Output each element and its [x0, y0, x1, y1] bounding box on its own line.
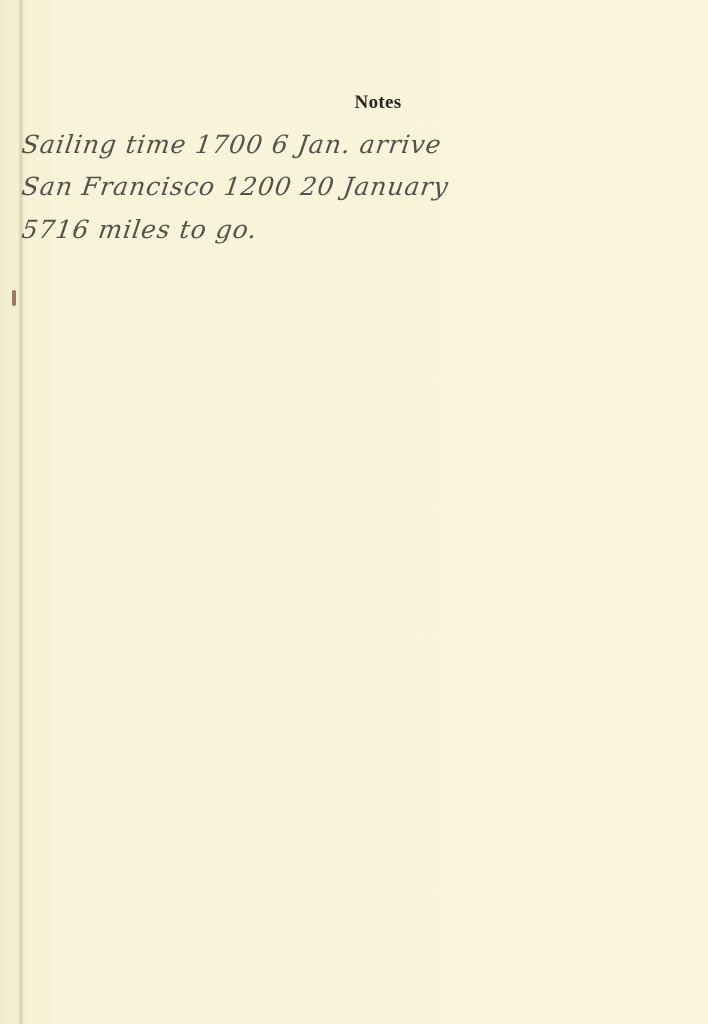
handwritten-line-2: San Francisco 1200 20 January: [20, 172, 451, 201]
page-heading: Notes: [0, 92, 708, 114]
handwritten-line-1: Sailing time 1700 6 Jan. arrive: [20, 130, 444, 159]
binding-stitch: [12, 290, 16, 306]
handwritten-line-3: 5716 miles to go.: [20, 215, 260, 244]
notebook-page: Notes Sailing time 1700 6 Jan. arrive Sa…: [0, 0, 708, 1024]
